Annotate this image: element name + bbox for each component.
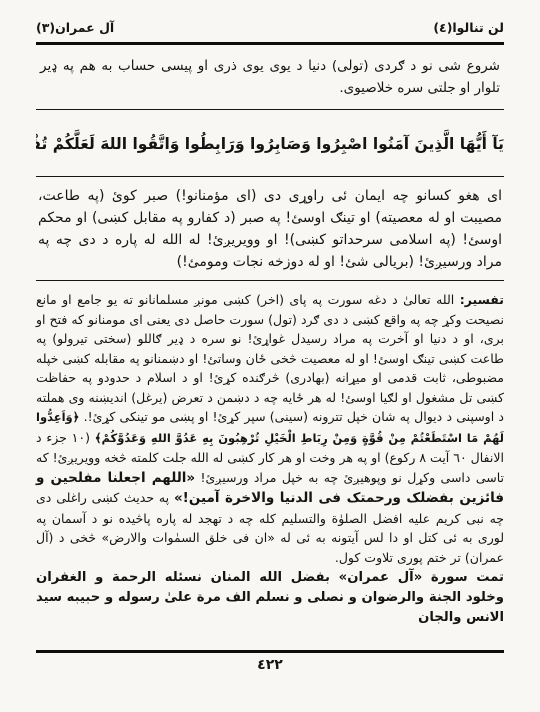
verse-bottom-divider bbox=[36, 176, 504, 177]
quran-verse-calligraphy: يَآ أَيُّهَا الَّذِينَ آمَنُوا اصْبِرُوا… bbox=[36, 118, 504, 170]
tafsir-label: تفسیر: bbox=[460, 292, 504, 307]
header-juz-label: لن تنالوا(٤) bbox=[433, 20, 504, 35]
page-number: ٤٢٢ bbox=[36, 657, 504, 673]
footer-divider bbox=[36, 650, 504, 653]
running-header: لن تنالوا(٤) آل عمران(٣) bbox=[36, 20, 504, 35]
tafsir-body-1: الله تعالیٰ د دغه سورت په پای (اخر) کښی … bbox=[36, 292, 504, 424]
translation-paragraph: ای هغو کسانو چه ایمان ئی راوړی دی (ای مؤ… bbox=[38, 185, 502, 273]
intro-paragraph: شروع شی نو د ګردی (تولی) دنیا د یوی یوی … bbox=[40, 55, 500, 99]
header-divider bbox=[36, 42, 504, 45]
surah-closing-formula: تمت سورة «آل عمران» بفضل الله المنان نسئ… bbox=[36, 568, 504, 628]
book-page: لن تنالوا(٤) آل عمران(٣) شروع شی نو د ګر… bbox=[0, 0, 540, 712]
verse-top-divider bbox=[36, 109, 504, 110]
page-content: لن تنالوا(٤) آل عمران(٣) شروع شی نو د ګر… bbox=[0, 0, 540, 628]
page-footer: ٤٢٢ bbox=[36, 650, 504, 673]
translation-divider bbox=[36, 280, 504, 281]
header-surah-label: آل عمران(٣) bbox=[36, 20, 114, 35]
tafsir-paragraph: تفسیر: الله تعالیٰ د دغه سورت په پای (اخ… bbox=[36, 290, 504, 567]
